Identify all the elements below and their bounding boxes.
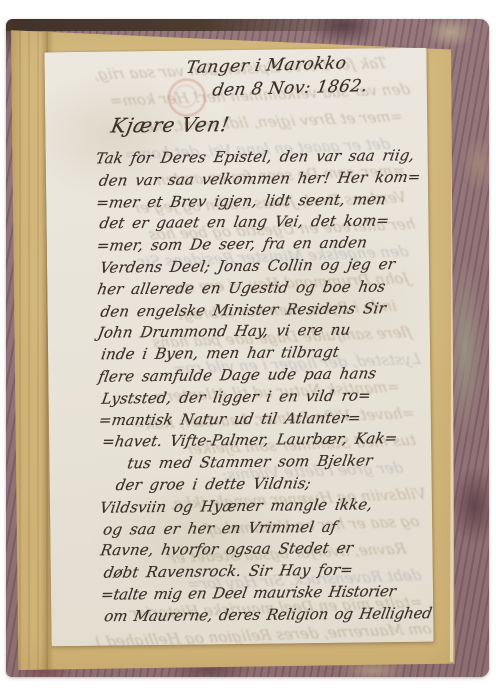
letter-body: Tak for Deres Epistel, den var saa riig,… bbox=[96, 145, 430, 629]
cover-top-edge bbox=[6, 19, 363, 31]
collection-stamp bbox=[168, 78, 206, 116]
collection-stamp-inner-ring bbox=[174, 84, 197, 107]
letter-body-line: her allerede en Ugestid og boe hos bbox=[96, 276, 427, 301]
album-cover-marbled-board: Tak for Deres Epistel, den var saa riig,… bbox=[6, 19, 489, 677]
letter-sheet: Tak for Deres Epistel, den var saa riig,… bbox=[44, 48, 433, 647]
letter-body-line: Lyststed, der ligger i en vild ro= bbox=[100, 384, 429, 410]
letter-body-line: der groe i dette Vildnis; bbox=[114, 472, 429, 497]
letter-salutation: Kjære Ven! bbox=[109, 112, 231, 137]
letter-dateline-place: Tanger i Marokko bbox=[185, 53, 348, 78]
letter-dateline-date: den 8 Nov: 1862. bbox=[211, 76, 369, 101]
letter-body-line: om Maurerne, deres Religion og Hellighed… bbox=[103, 603, 431, 628]
leaf-edge-highlight bbox=[450, 51, 455, 662]
photo-background: Tak for Deres Epistel, den var saa riig,… bbox=[0, 0, 496, 700]
letter-body-line: tus med Stammer som Bjelker bbox=[126, 450, 430, 476]
